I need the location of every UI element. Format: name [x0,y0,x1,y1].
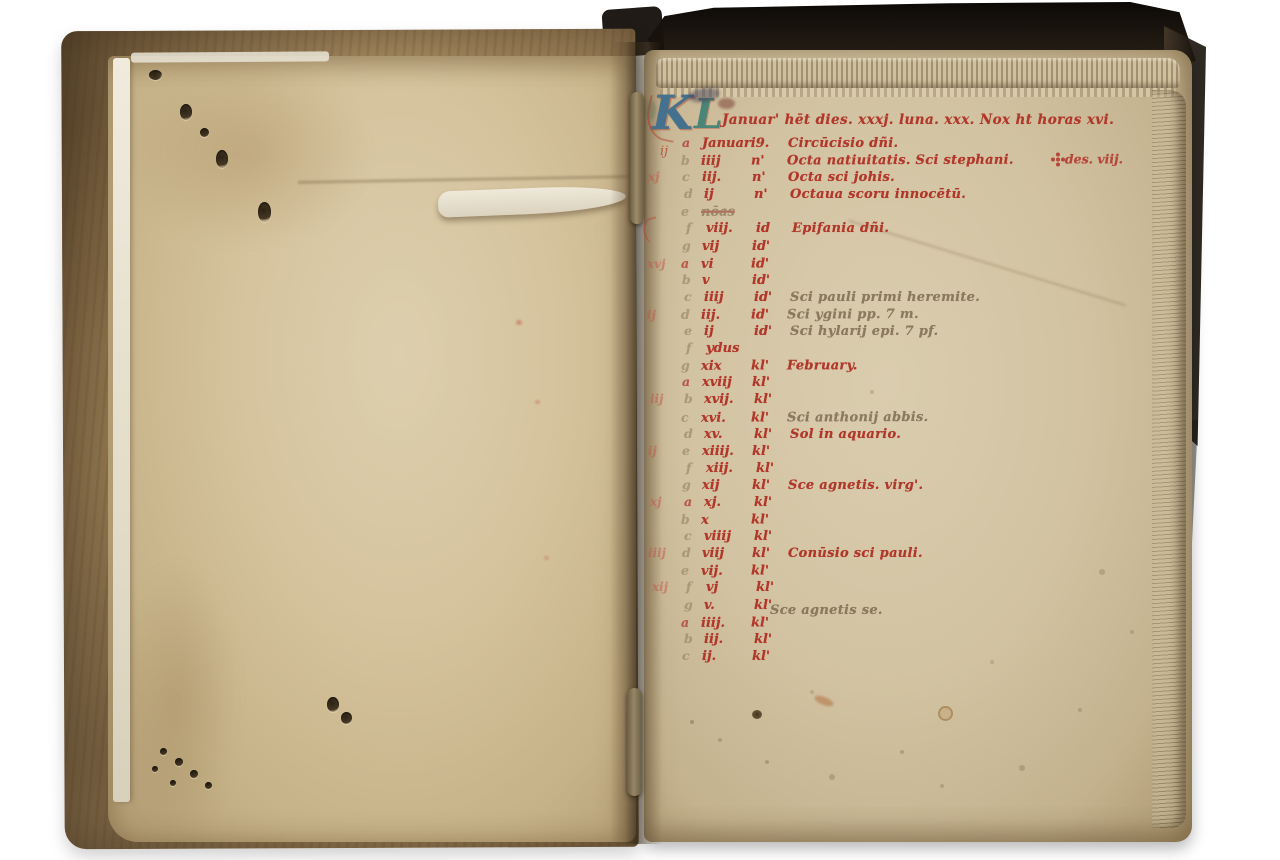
margin-note-text: des. viij. [1065,150,1123,167]
worm-hole [152,766,158,772]
kalend-marker: kl' [754,391,790,408]
worm-hole [175,758,183,766]
dominical-letter: b [682,271,702,288]
calendar-day-row: f viij. id Epifania dñi. [660,219,1170,236]
kalend-marker: id' [752,238,788,255]
page-edge-stack-top-inner [660,88,1176,97]
calendar-day-row: b x kl' [655,509,1165,528]
calendar-day-row: e vij. kl' [655,560,1165,579]
calendar-day-row: xj a xj. kl' [658,493,1168,510]
roman-day-numeral: v. [704,597,754,614]
feast-entry: Sol in aquario. [790,426,901,443]
ink-smudge [718,98,735,109]
kalend-marker: kl' [752,648,788,665]
roman-day-numeral: viiij [704,528,754,545]
dominical-letter: b [684,390,704,407]
golden-number: iij [650,391,684,408]
worm-hole [341,712,352,724]
dominical-letter: c [681,408,701,425]
feast-entry: Circūcisio dñi. [788,135,898,152]
feast-entry: Octa sci johis. [788,169,895,186]
ink-smudge [646,100,656,120]
calendar-day-row: g xix kl' February. [655,355,1165,374]
dominical-letter: e [681,203,701,220]
kalend-marker: kl' [752,374,788,391]
calendar-day-row: g xij kl' Sce agnetis. virg'. [656,476,1166,493]
worm-hole [200,128,209,137]
calendar-day-row: ij e xiiij. kl' [656,442,1166,459]
calendar-day-row: d xv. kl' Sol in aquario. [658,425,1168,442]
red-ink-offset-smudge [516,320,522,325]
roman-day-numeral: iiij [704,289,754,306]
dominical-letter: c [684,527,704,544]
roman-day-numeral: Januari9. [702,135,752,152]
dominical-letter: b [684,630,704,647]
feast-entry: Sci ygini pp. 7 m. [787,306,919,323]
parchment-stain [122,58,372,248]
roman-day-numeral: v [702,272,752,289]
dominical-letter: f [686,578,706,595]
calendar-rows: a Januari9. Circūcisio dñi. b iiij n' Oc… [656,134,1166,664]
roman-day-numeral: iij. [704,631,754,648]
dominical-letter: f [686,219,706,236]
roman-day-numeral: vij [702,238,752,255]
dominical-letter: a [681,613,701,630]
roman-day-numeral: xij [702,477,752,494]
feast-entry: Octa natiuitatis. Sci stephani. [787,152,1014,170]
kalend-marker: id' [751,306,787,323]
dominical-letter: d [682,544,702,561]
kalend-marker: kl' [752,443,788,460]
roman-day-numeral: viij. [706,220,756,237]
dominical-letter: e [681,562,701,579]
calendar-day-row: b v id' [656,271,1166,288]
worm-hole [190,770,198,778]
dominical-letter: c [684,288,704,305]
calendar-day-row: g vij id' [656,237,1166,254]
dominical-letter: g [681,357,701,374]
calendar-day-row: d ij n' Octaua scoru innocētū. [658,185,1168,202]
roman-day-numeral: iij. [702,169,752,186]
parchment-stain [118,560,238,840]
white-hinge-strip [113,58,130,802]
worm-hole [160,748,167,755]
dominical-letter: b [681,511,701,528]
dominical-letter: c [682,168,702,185]
repair-tape [131,51,329,62]
worm-hole [216,150,228,168]
golden-number: xj [648,169,682,186]
dominical-letter: d [684,425,704,442]
dominical-letter: a [682,373,702,390]
quatrefoil-ornament-icon [1056,157,1060,161]
dominical-letter: b [681,152,701,169]
calendar-day-row: b iiij n' Octa natiuitatis. Sci stephani… [655,150,1165,169]
calendar-day-row: e ij id' Sci hylarij epi. 7 pf. [658,322,1168,339]
dominical-letter: a [684,493,704,510]
page-edge-stack-top [656,58,1180,88]
calendar-day-row: c ij. kl' [656,647,1166,664]
roman-day-numeral: xiij. [706,460,756,477]
worm-hole [149,70,162,80]
sewing-cord [630,92,644,224]
calendar-day-row: ij d iij. id' Sci ygini pp. 7 m. [655,304,1165,323]
roman-day-numeral: ij [704,323,754,340]
calendar-day-row: f ydus [660,339,1170,356]
golden-number: ij [648,443,682,460]
kalend-marker: kl' [752,477,788,494]
roman-day-numeral: xvij. [704,391,754,408]
feast-entry: Conūsio sci pauli. [788,545,923,562]
roman-day-numeral: xv. [704,426,754,443]
roman-day-numeral: ij. [702,648,752,665]
kalend-marker: kl' [756,579,792,596]
roman-day-numeral: viij [702,545,752,562]
calendar-day-row: xj c iij. n' Octa sci johis. [656,168,1166,185]
calendar-day-row: c viiij kl' [658,527,1168,544]
kalend-marker: id' [754,323,790,340]
roman-day-numeral: xj. [704,494,754,511]
feast-entry: Sci anthonij abbis. [787,408,929,425]
roman-day-numeral: xiiij. [702,443,752,460]
worm-hole [180,104,192,120]
manuscript-book-photo: K L ij Januar' hēt dies. xxxj. luna. xxx… [0,0,1280,860]
dominical-letter: c [682,647,702,664]
ink-stain [752,710,762,719]
red-ink-offset-smudge [544,556,549,560]
kalend-marker: kl' [754,528,790,545]
calendar-day-row: c xvi. kl' Sci anthonij abbis. [655,407,1165,426]
kalend-marker: id' [751,255,787,272]
feast-entry: Sce agnetis. virg'. [788,477,923,494]
calendar-day-row: a Januari9. Circūcisio dñi. [656,134,1166,151]
calendar-day-row: c iiij id' Sci pauli primi heremite. [658,288,1168,305]
kalend-marker: kl' [754,631,790,648]
kalend-marker: kl' [751,511,787,528]
calendar-header-line: Januar' hēt dies. xxxj. luna. xxx. Nox h… [722,112,1166,128]
kalend-marker: id' [752,272,788,289]
worm-hole [327,697,339,712]
feast-entry: Octaua scoru innocētū. [790,186,966,203]
kalend-marker: n' [751,153,787,170]
roman-day-numeral: xviij [702,374,752,391]
golden-number: iiij [648,545,682,562]
kalend-marker: id [756,220,792,237]
dominical-letter: f [686,459,706,476]
dominical-letter: g [682,237,702,254]
dominical-letter: d [681,306,701,323]
calendar-day-row: e nōas [655,201,1165,220]
kalend-marker: kl' [751,563,787,580]
feast-entry: Epifania dñi. [792,220,889,237]
kalend-marker: n' [754,186,790,203]
kalend-marker: kl' [752,545,788,562]
kalend-marker: kl' [754,494,790,511]
calendar-day-row: g v. kl' Sce agnetis se. [658,596,1168,613]
calendar-day-row: xvj a vi id' [655,253,1165,272]
calendar-day-row: a iiij. kl' [655,612,1165,631]
water-stain [938,706,953,721]
calendar-day-row: f xiij. kl' [660,459,1170,476]
calendar-day-row: iiij d viij kl' Conūsio sci pauli. [656,544,1166,561]
kalend-marker: kl' [751,358,787,375]
dominical-letter: a [682,134,702,151]
worm-hole [170,780,176,786]
roman-day-numeral: ij [704,186,754,203]
golden-number: xj [650,494,684,511]
worm-hole [258,202,271,222]
sewing-cord [627,688,642,796]
kalend-marker: kl' [754,426,790,443]
calendar-day-row: b iij. kl' [658,630,1168,647]
kalend-marker: kl' [756,460,792,477]
feast-entry: Sci hylarij epi. 7 pf. [790,323,938,340]
dominical-letter: d [684,185,704,202]
feast-entry: Sci pauli primi heremite. [790,289,980,306]
dominical-letter: e [682,442,702,459]
parchment-freckles [690,720,694,724]
dominical-letter: a [681,254,701,271]
feast-entry: February. [787,357,858,374]
calendar-day-row: xij f vj kl' [660,578,1170,595]
kalend-marker: kl' [751,409,787,426]
dominical-letter: g [684,596,704,613]
calendar-day-row: a xviij kl' [656,373,1166,390]
kalend-marker: id' [754,289,790,306]
roman-day-numeral: ydus [706,340,756,357]
red-ink-offset-smudge [535,400,540,404]
dominical-letter: f [686,339,706,356]
kalend-marker: n' [752,169,788,186]
kalend-marker: kl' [751,614,787,631]
worm-hole [205,782,212,789]
january-calendar-text: Januar' hēt dies. xxxj. luna. xxx. Nox h… [656,112,1166,664]
calendar-day-row: iij b xvij. kl' [658,390,1168,407]
golden-number: xij [652,579,686,596]
dominical-letter: e [684,322,704,339]
margin-note: des. viij. [1056,150,1123,167]
dominical-letter: g [682,476,702,493]
roman-day-numeral: vj [706,579,756,596]
